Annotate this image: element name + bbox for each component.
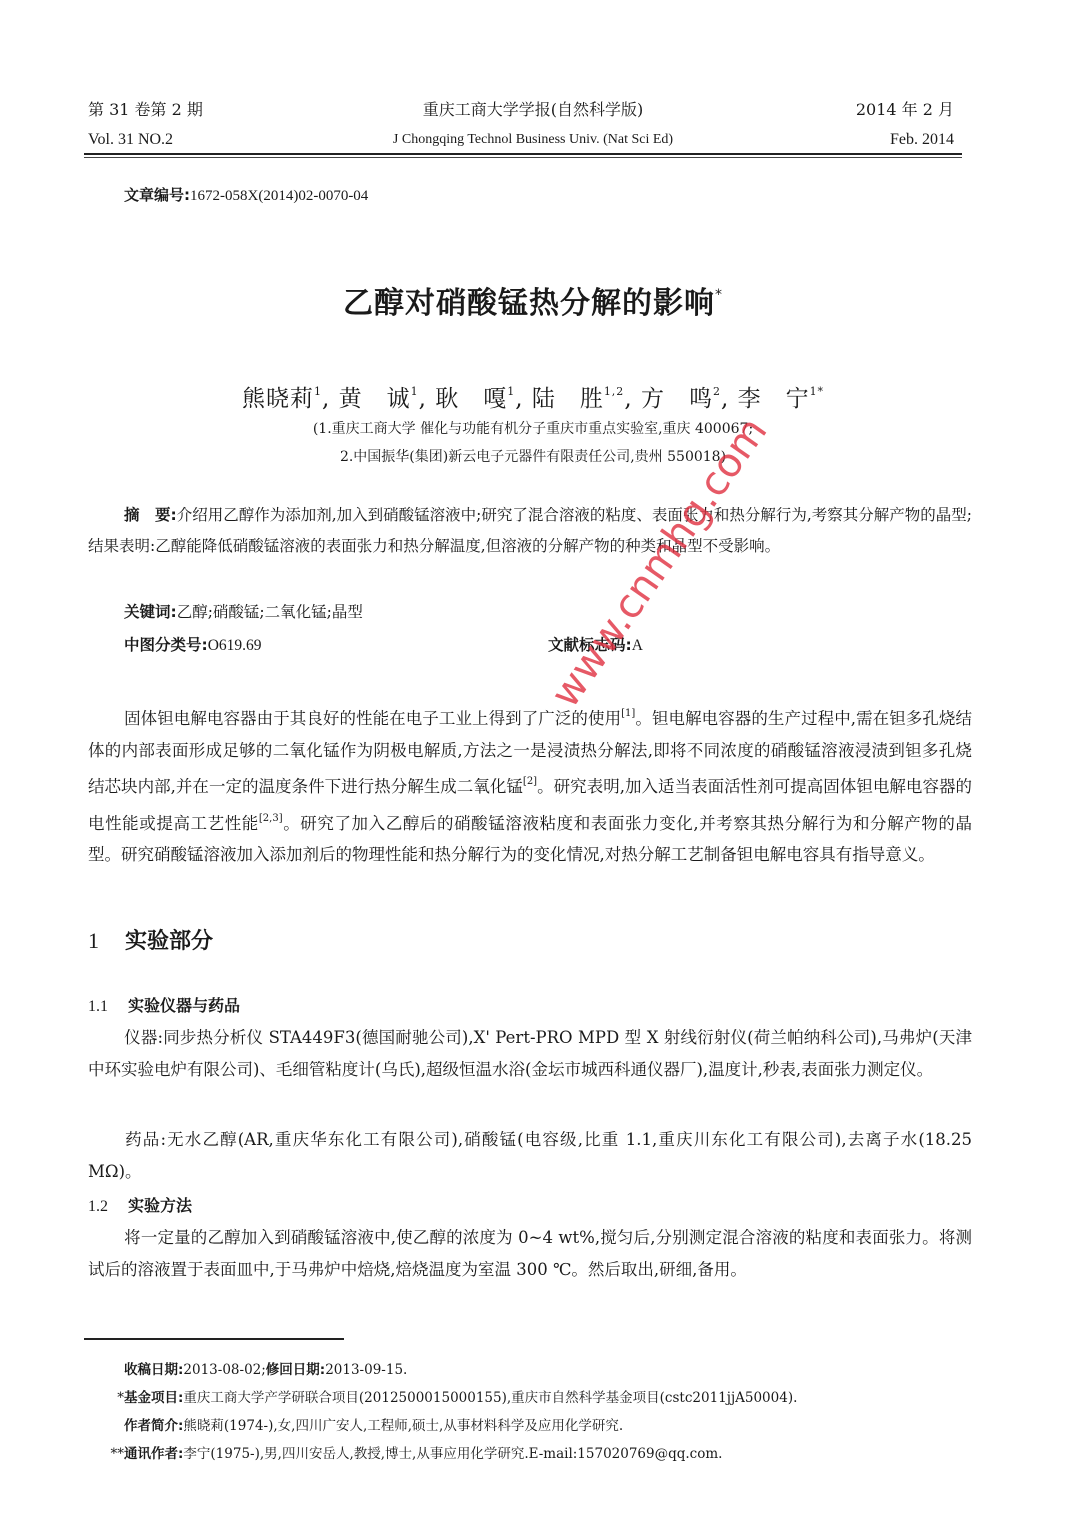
- affiliation-1: (1.重庆工商大学 催化与功能有机分子重庆市重点实验室,重庆 400067;: [0, 418, 1066, 438]
- doc-code-value: A: [632, 637, 643, 654]
- introduction-paragraph: 固体钽电解电容器由于其良好的性能在电子工业上得到了广泛的使用[1]。钽电解电容器…: [88, 698, 972, 871]
- author: 陆 胜1,2: [532, 386, 625, 412]
- doc-code: 文献标志码:A: [548, 633, 643, 655]
- keywords-text: 乙醇;硝酸锰;二氧化锰;晶型: [177, 603, 363, 621]
- citation-ref: [1]: [621, 708, 635, 719]
- issue-date-cn: 2014 年 2 月: [856, 100, 954, 120]
- article-number-value: 1672-058X(2014)02-0070-04: [190, 188, 368, 204]
- clc-value: O619.69: [208, 637, 262, 654]
- citation-ref: [2]: [523, 776, 537, 787]
- abstract-text: 介绍用乙醇作为添加剂,加入到硝酸锰溶液中;研究了混合溶液的粘度、表面张力和热分解…: [88, 506, 972, 555]
- keywords-label: 关键词:: [124, 603, 177, 621]
- method-paragraph: 将一定量的乙醇加入到硝酸锰溶液中,使乙醇的浓度为 0~4 wt%,搅匀后,分别测…: [88, 1222, 972, 1285]
- author-list: 熊晓莉1, 黄 诚1, 耿 嘎1, 陆 胜1,2, 方 鸣2, 李 宁1*: [0, 380, 1066, 413]
- section-heading-1-1: 1.1实验仪器与药品: [88, 993, 240, 1016]
- doc-code-label: 文献标志码:: [548, 636, 632, 654]
- abstract-label: 摘 要:: [124, 506, 177, 524]
- footnote-rule: [84, 1338, 344, 1340]
- author: 李 宁1*: [738, 386, 825, 412]
- paper-title-text: 乙醇对硝酸锰热分解的影响: [343, 286, 715, 321]
- article-number: 文章编号:1672-058X(2014)02-0070-04: [124, 184, 368, 205]
- header-rule-thin: [84, 157, 962, 158]
- citation-ref: [2,3]: [259, 813, 283, 824]
- header-rule: [84, 153, 962, 155]
- footnote-corresponding-author: **通讯作者:李宁(1975-),男,四川安岳人,教授,博士,从事应用化学研究.…: [124, 1444, 1024, 1464]
- author: 熊晓莉1: [242, 386, 322, 412]
- title-footnote-mark: *: [715, 287, 723, 303]
- footnote-mark: **: [98, 1444, 124, 1464]
- clc-label: 中图分类号:: [124, 636, 208, 654]
- footnote-author-bio: 作者简介:熊晓莉(1974-),女,四川广安人,工程师,硕士,从事材料科学及应用…: [124, 1416, 1024, 1436]
- article-number-label: 文章编号:: [124, 186, 190, 204]
- section-heading-1-2: 1.2实验方法: [88, 1193, 192, 1216]
- author: 耿 嘎1: [435, 386, 515, 412]
- abstract: 摘 要:介绍用乙醇作为添加剂,加入到硝酸锰溶液中;研究了混合溶液的粘度、表面张力…: [88, 500, 972, 562]
- footnote-funding: *基金项目:重庆工商大学产学研联合项目(2012500015000155),重庆…: [124, 1388, 1024, 1408]
- footnote-mark: *: [104, 1388, 124, 1408]
- clc-number: 中图分类号:O619.69: [124, 633, 262, 655]
- reagents-paragraph: 药品:无水乙醇(AR,重庆华东化工有限公司),硝酸锰(电容级,比重 1.1,重庆…: [88, 1124, 972, 1187]
- affiliation-2: 2.中国振华(集团)新云电子元器件有限责任公司,贵州 550018): [0, 446, 1066, 466]
- section-heading-1: 1实验部分: [88, 924, 213, 955]
- instruments-paragraph: 仪器:同步热分析仪 STA449F3(德国耐驰公司),X' Pert-PRO M…: [88, 1022, 972, 1085]
- author: 方 鸣2: [641, 386, 721, 412]
- issue-date-en: Feb. 2014: [890, 130, 954, 150]
- paper-title: 乙醇对硝酸锰热分解的影响*: [0, 278, 1066, 322]
- footnote-dates: 收稿日期:2013-08-02;修回日期:2013-09-15.: [124, 1360, 1024, 1380]
- author: 黄 诚1: [339, 386, 419, 412]
- keywords: 关键词:乙醇;硝酸锰;二氧化锰;晶型: [124, 600, 363, 622]
